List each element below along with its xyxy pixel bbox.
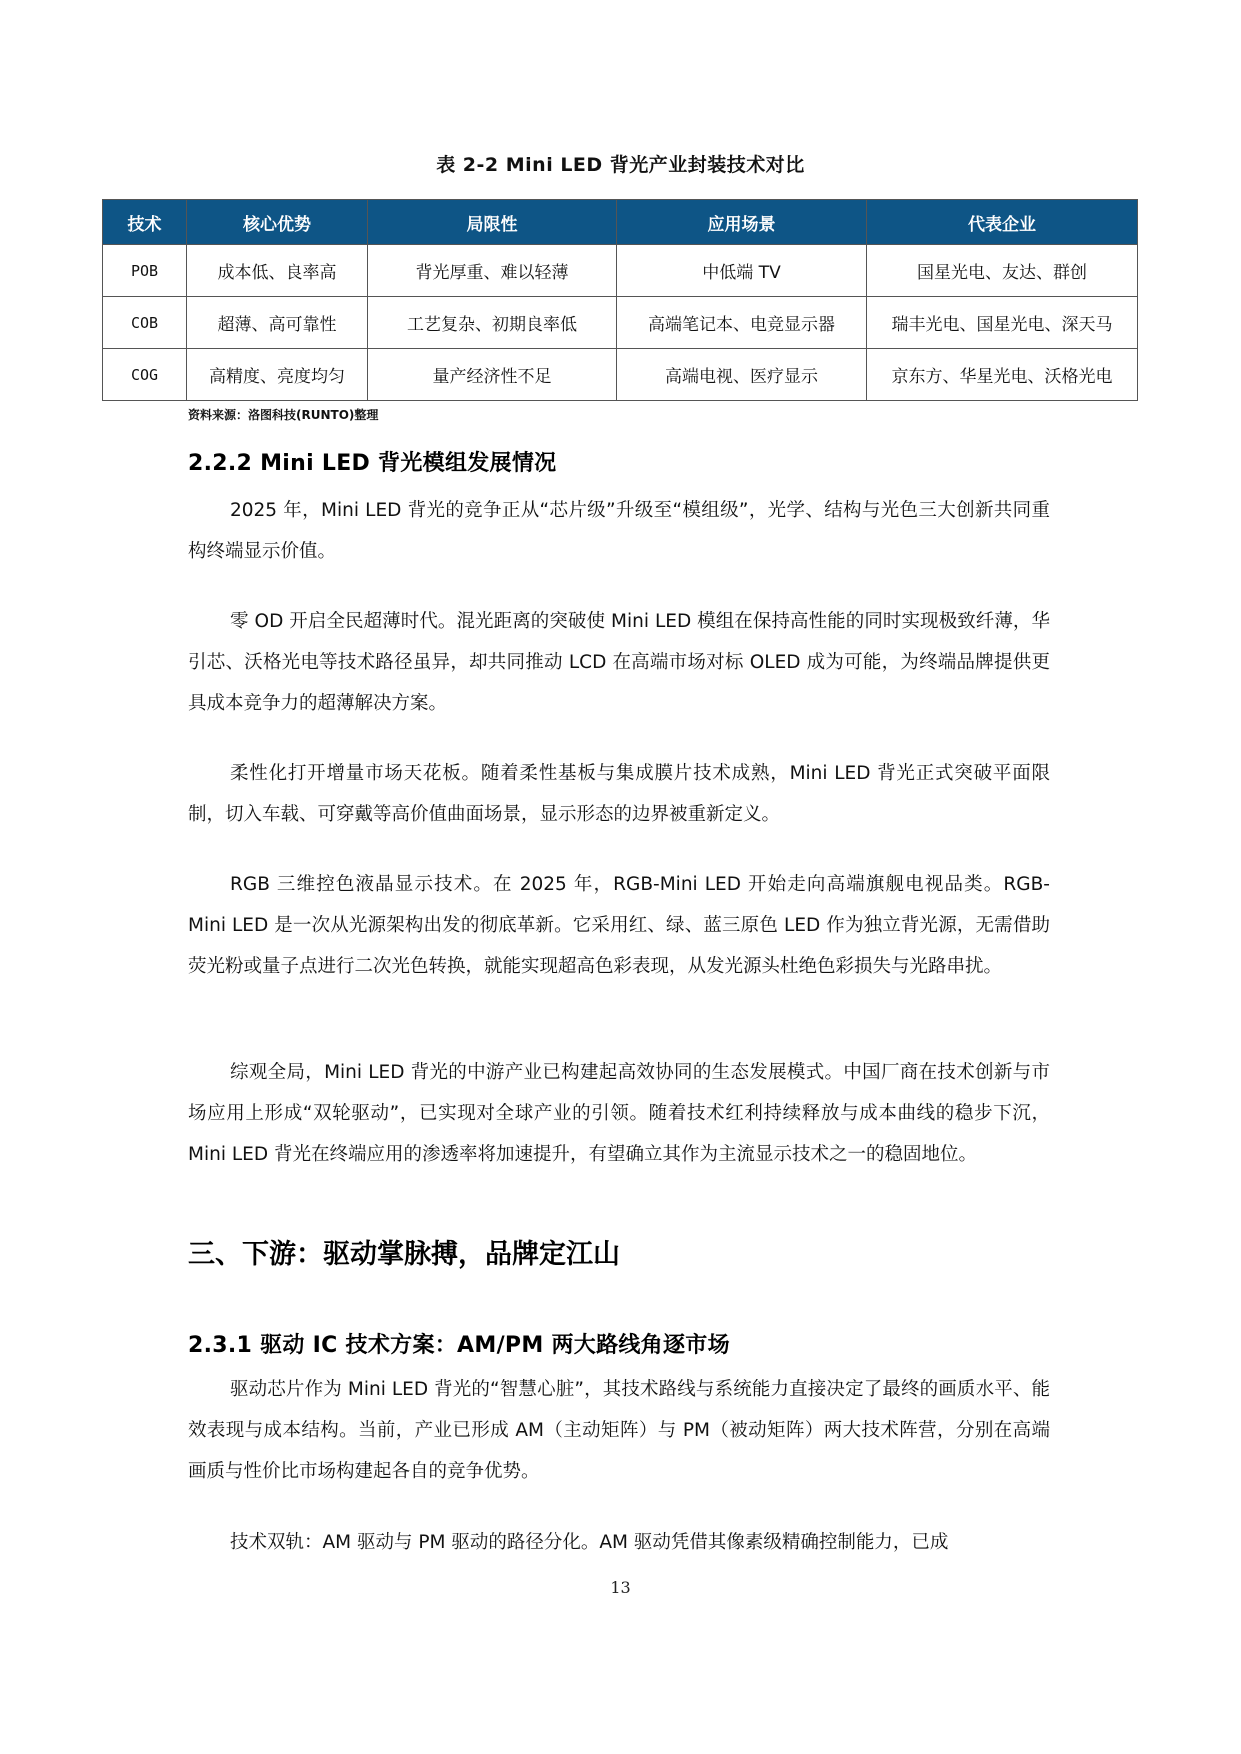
cell-companies: 瑞丰光电、国星光电、深天马	[867, 297, 1138, 349]
cell-tech: COB	[103, 297, 187, 349]
cell-advantage: 成本低、良率高	[187, 245, 368, 297]
column-header-advantage: 核心优势	[187, 200, 368, 245]
cell-advantage: 高精度、亮度均匀	[187, 349, 368, 401]
cell-advantage: 超薄、高可靠性	[187, 297, 368, 349]
paragraph: 柔性化打开增量市场天花板。随着柔性基板与集成膜片技术成熟，Mini LED 背光…	[188, 753, 1050, 835]
paragraph: 2025 年，Mini LED 背光的竞争正从“芯片级”升级至“模组级”，光学、…	[188, 490, 1050, 572]
section-heading-2-2-2: 2.2.2 Mini LED 背光模组发展情况	[188, 446, 556, 477]
table-source-note: 资料来源：洛图科技(RUNTO)整理	[188, 406, 378, 423]
cell-application: 高端电视、医疗显示	[617, 349, 867, 401]
paragraph: 驱动芯片作为 Mini LED 背光的“智慧心脏”，其技术路线与系统能力直接决定…	[188, 1369, 1050, 1492]
cell-limitation: 背光厚重、难以轻薄	[368, 245, 617, 297]
column-header-tech: 技术	[103, 200, 187, 245]
cell-limitation: 量产经济性不足	[368, 349, 617, 401]
page-number: 13	[0, 1578, 1241, 1597]
section-heading-2-3-1: 2.3.1 驱动 IC 技术方案：AM/PM 两大路线角逐市场	[188, 1328, 730, 1359]
paragraph: RGB 三维控色液晶显示技术。在 2025 年，RGB-Mini LED 开始走…	[188, 864, 1050, 987]
table-row: COB 超薄、高可靠性 工艺复杂、初期良率低 高端笔记本、电竞显示器 瑞丰光电、…	[103, 297, 1138, 349]
cell-tech: POB	[103, 245, 187, 297]
table-header-row: 技术 核心优势 局限性 应用场景 代表企业	[103, 200, 1138, 245]
column-header-companies: 代表企业	[867, 200, 1138, 245]
table-caption: 表 2-2 Mini LED 背光产业封装技术对比	[0, 150, 1241, 177]
column-header-application: 应用场景	[617, 200, 867, 245]
chapter-heading-3: 三、下游：驱动掌脉搏，品牌定江山	[188, 1232, 620, 1271]
document-page: 表 2-2 Mini LED 背光产业封装技术对比 技术 核心优势 局限性 应用…	[0, 0, 1241, 1754]
table-row: POB 成本低、良率高 背光厚重、难以轻薄 中低端 TV 国星光电、友达、群创	[103, 245, 1138, 297]
column-header-limitation: 局限性	[368, 200, 617, 245]
cell-application: 高端笔记本、电竞显示器	[617, 297, 867, 349]
paragraph: 零 OD 开启全民超薄时代。混光距离的突破使 Mini LED 模组在保持高性能…	[188, 601, 1050, 724]
cell-companies: 国星光电、友达、群创	[867, 245, 1138, 297]
cell-application: 中低端 TV	[617, 245, 867, 297]
cell-companies: 京东方、华星光电、沃格光电	[867, 349, 1138, 401]
packaging-comparison-table: 技术 核心优势 局限性 应用场景 代表企业 POB 成本低、良率高 背光厚重、难…	[102, 199, 1138, 401]
paragraph: 技术双轨：AM 驱动与 PM 驱动的路径分化。AM 驱动凭借其像素级精确控制能力…	[188, 1522, 1050, 1563]
cell-tech: COG	[103, 349, 187, 401]
table-row: COG 高精度、亮度均匀 量产经济性不足 高端电视、医疗显示 京东方、华星光电、…	[103, 349, 1138, 401]
cell-limitation: 工艺复杂、初期良率低	[368, 297, 617, 349]
paragraph: 综观全局，Mini LED 背光的中游产业已构建起高效协同的生态发展模式。中国厂…	[188, 1052, 1050, 1175]
